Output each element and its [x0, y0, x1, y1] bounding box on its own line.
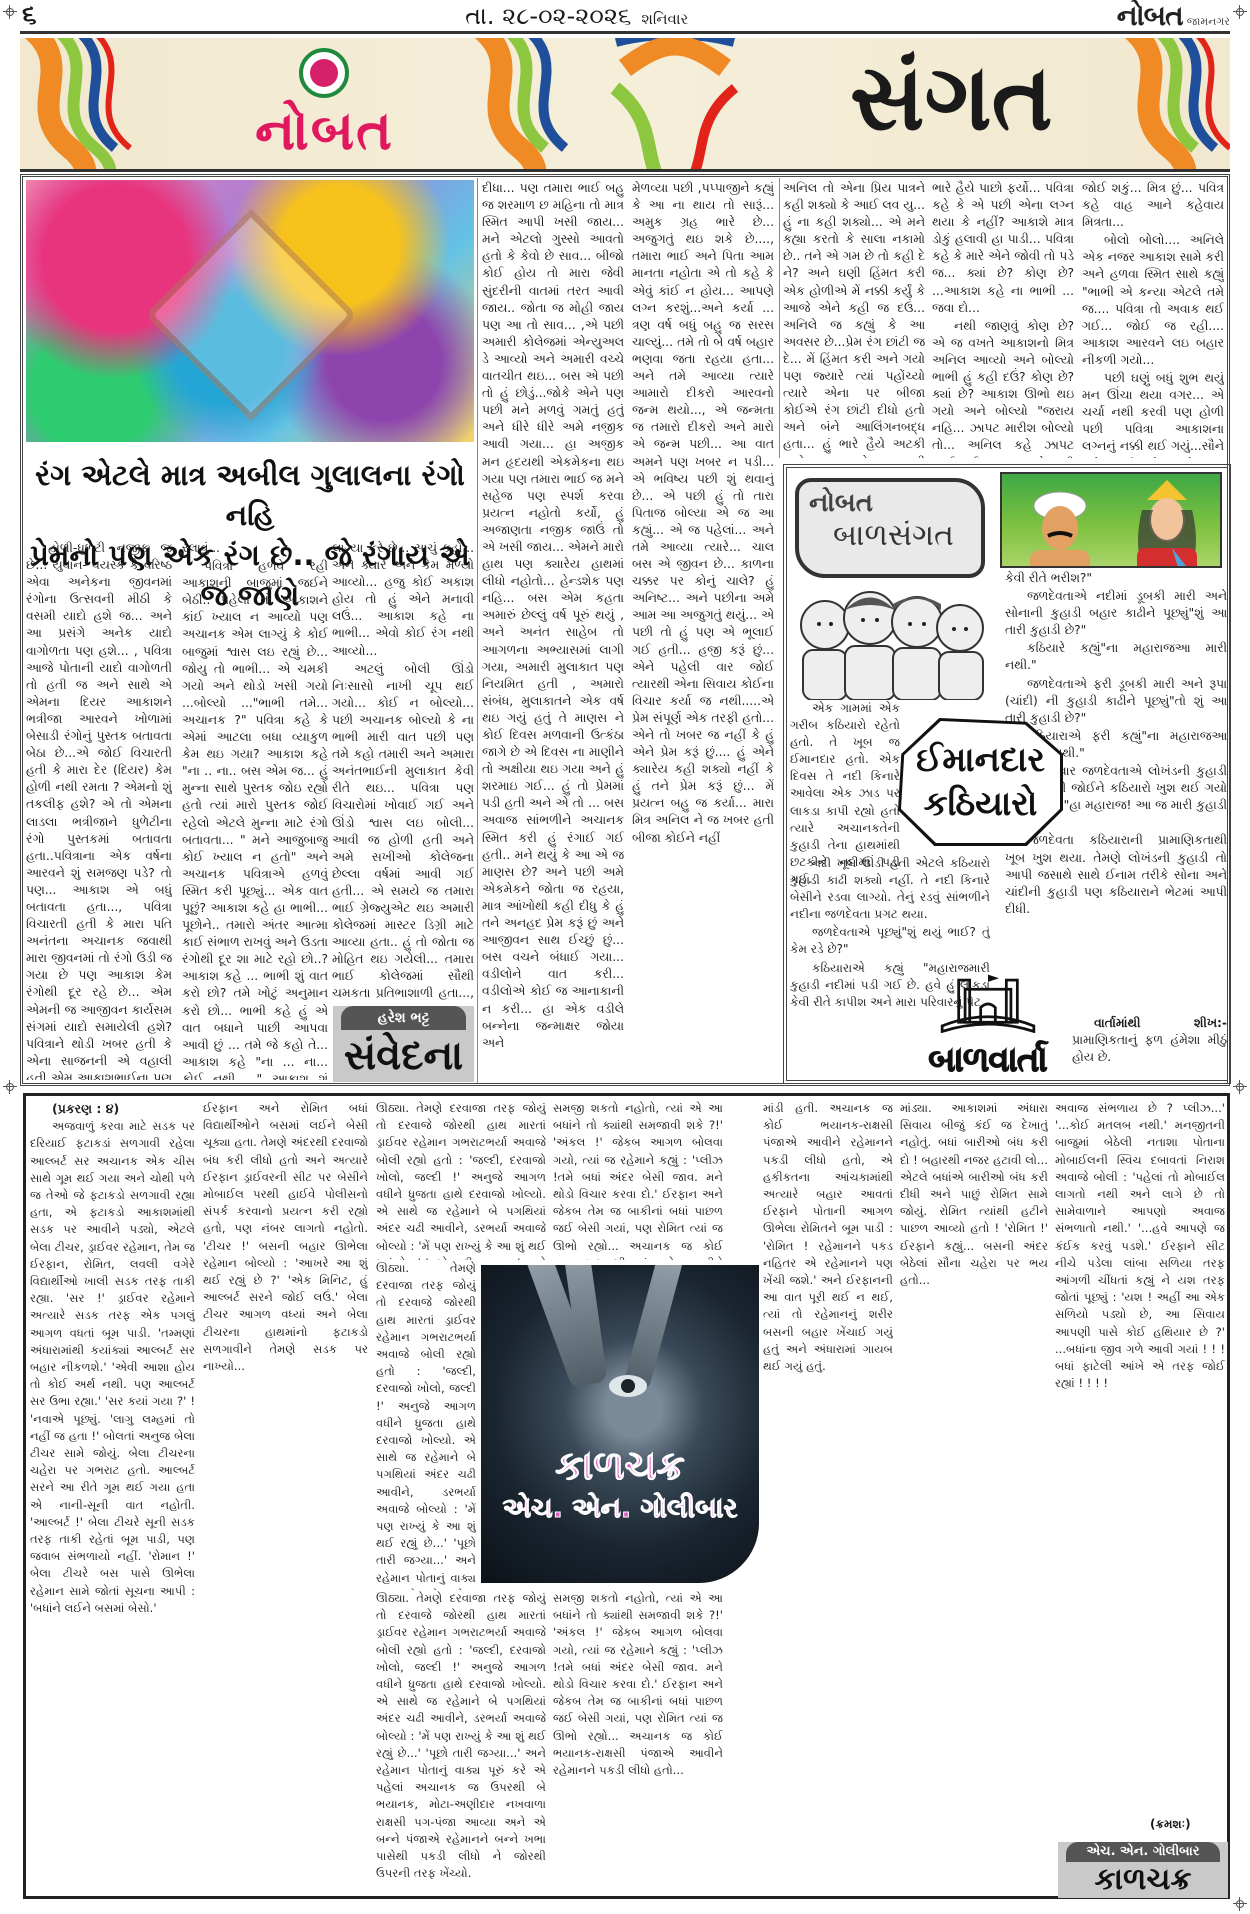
nobat-logo: નોબત [255, 48, 394, 158]
decorative-swirl-icon [1090, 38, 1230, 172]
paragraph: જળદેવતાએ પૂછ્યું"શું થયું ભાઈ? તું કેમ ર… [790, 924, 990, 958]
kalchakra-cover-image: કાળચક્ર એચ. એન. ગોલીબાર [481, 1265, 759, 1583]
balsangat-signboard: નોબત બાળસંગત [795, 478, 985, 578]
paragraph: અનિલ તો એના પ્રિય પાત્રને કહી શક્યો કે આ… [783, 180, 925, 458]
paragraph: મેળવ્યા પછી ,પપ્પાજીને કહ્યું કે આ ના થા… [632, 180, 774, 847]
feature-column-7: ભારે હૈયે પાછો ફર્યો... પવિત્રા કહે કે એ… [932, 180, 1074, 458]
column-name: સંવેદના [333, 1030, 474, 1082]
heart-hands-icon [145, 209, 357, 421]
brand-name: નોબત [1117, 0, 1183, 33]
feature-column-3: લાગ્યા કરે છે... સાચું કહો... એને ક્યારે… [332, 540, 474, 1002]
novel-column-7: અવાજ સંભળાય છે ? પ્લીઝ...' '...કોઈ મતલબ … [1055, 1100, 1225, 1815]
paragraph: અટલું બોલી ઊંડો નિઃસાસો નાખી ચૂપ થઈ ગયો.… [332, 661, 474, 1002]
paragraph: સમજી શકતો નહોતો, ત્યાં એ આ બધાંને તો ક્ય… [553, 1590, 723, 1779]
page-number: ૬ [20, 0, 37, 31]
paragraph: અજવાળું કરવા માટે સડક પર દરિયાઈ ફટાકડાં … [30, 1118, 195, 1617]
paragraph: જોઈ શકું... મિત્ર છું... પવિત્ર કહે વાહ … [1082, 180, 1224, 231]
column-divider [477, 178, 478, 1083]
moral-text: પ્રામાણિકતાનું ફળ હંમેશા મીઠું હોય છે. [1072, 1033, 1227, 1064]
paragraph: દીધા... પણ તમારા ભાઈ બહુ જ શરમાળ છ મહિના… [482, 180, 624, 1052]
paragraph: પવિત્રા હળવે રહી આકાશની બાજુમાં જઈને બેઠ… [182, 558, 328, 1080]
paragraph: ભારે હૈયે પાછો ફર્યો... પવિત્રા કહે કે એ… [932, 180, 1074, 317]
author-name: હરેશ ભટ્ટ [341, 1006, 466, 1030]
woodcutter-goddess-illustration [1000, 472, 1222, 568]
hand-shape [623, 1265, 687, 1393]
decorative-swirl-icon [20, 38, 160, 172]
moral-paragraph: વાર્તામાંથી શીખ:- પ્રામાણિકતાનું ફળ હંમે… [1072, 1015, 1227, 1066]
novel-column-1: (પ્રકરણ : ૪) અજવાળું કરવા માટે સડક પર દર… [30, 1100, 195, 1895]
page-header: ૬ તા. ૨૮-૦૨-૨૦૨૬ શનિવાર નોબત જામનગર [20, 0, 1230, 34]
paragraph: નથી જાણવું કોણ છે? એ જ વખતે આકાશનો મિત્ર… [932, 318, 1074, 458]
paragraph: કઠિયારે કહ્યું"ના મહારાજઆ મારી નથી." [1005, 640, 1227, 674]
paragraph: લાગ્યા કરે છે... સાચું કહો... એને ક્યારે… [332, 540, 474, 660]
date-line: તા. ૨૮-૦૨-૨૦૨૬ શનિવાર [465, 2, 688, 30]
paragraph: અવાજ સંભળાય છે ? પ્લીઝ...' '...કોઈ મતલબ … [1055, 1100, 1225, 1392]
section-title: સંગત [850, 52, 1053, 144]
paragraph: પછી ઘણું બધું શુભ થયું મન ઊંચા થયા વગર..… [1082, 370, 1224, 458]
paragraph: કેવી રીતે ભરીશ?" [1005, 570, 1227, 587]
cover-title: કાળચક્ર [481, 1443, 759, 1489]
samvedna-column-tag: હરેશ ભટ્ટ સંવેદના [333, 1006, 474, 1082]
registration-mark [1233, 1080, 1247, 1094]
sign-title: બાળસંગત [809, 518, 971, 554]
balvarta-label: બાળવાર્તા [905, 1040, 1070, 1080]
continued-label: (ક્રમશઃ) [1150, 1817, 1191, 1832]
chapter-label: (પ્રકરણ : ૪) [30, 1100, 195, 1117]
moral-block: વાર્તામાંથી શીખ:- પ્રામાણિકતાનું ફળ હંમે… [1072, 1015, 1227, 1075]
cover-author: એચ. એન. ગોલીબાર [481, 1493, 759, 1525]
paragraph: માંડ્યા. આકાશમાં અંધારા સિવાય બીજું કંઈ … [900, 1100, 1048, 1289]
paragraph: હોળી-ધુળેટી નજીક જ છે... યુવાન- વયસ્ક કે… [26, 540, 172, 1080]
novel-column-4-top: સમજી શકતો નહોતો, ત્યાં એ આ બધાંને તો ક્ય… [553, 1100, 723, 1260]
logo-text: નોબત [255, 104, 394, 158]
moral-label: વાર્તામાંથી શીખ:- [1094, 1016, 1227, 1030]
story-title-line-1: ઈમાનદાર [916, 738, 1045, 782]
paragraph: ઊઠ્યા. તેમણે દરવાજા તરફ જોયું તો દરવાજે … [376, 1590, 546, 1882]
paragraph: રેલાવું... [182, 540, 328, 557]
novel-column-3-top: ઊઠ્યા. તેમણે દરવાજા તરફ જોયું તો દરવાજે … [376, 1100, 546, 1260]
paragraph: ઊઠ્યા. તેમણે દરવાજા તરફ જોયું તો દરવાજે … [376, 1100, 546, 1260]
weekday: શનિવાર [641, 10, 688, 28]
feature-column-2: રેલાવું... પવિત્રા હળવે રહી આકાશની બાજુમ… [182, 540, 328, 1080]
end-author: એચ. એન. ગોલીબાર [1066, 1842, 1220, 1862]
brand-logo-small: નોબત જામનગર [1117, 0, 1230, 33]
kalchakra-end-tag: એચ. એન. ગોલીબાર કાળચક્ર [1058, 1842, 1228, 1898]
section-banner: નોબત સંગત [20, 38, 1230, 172]
water-goddess-icon [1122, 480, 1212, 568]
paragraph: ઊઠ્યા. તેમણે દરવાજા તરફ જોયું તો દરવાજે … [376, 1260, 476, 1590]
registration-mark [1233, 5, 1247, 19]
end-title: કાળચક્ર [1058, 1862, 1228, 1898]
story-title-line-2: કઠિયારો [924, 782, 1038, 826]
paragraph: જળદેવતા કઠિયારાની પ્રામાણિકતાથી ખૂબ ખુશ … [1005, 832, 1227, 917]
feature-column-6: અનિલ તો એના પ્રિય પાત્રને કહી શક્યો કે આ… [783, 180, 925, 458]
balvarta-logo: બાળવાર્તા [905, 970, 1070, 1080]
column-divider [779, 178, 780, 458]
novel-column-6: માંડ્યા. આકાશમાં અંધારા સિવાય બીજું કંઈ … [900, 1100, 1048, 1895]
paragraph: સમજી શકતો નહોતો, ત્યાં એ આ બધાંને તો ક્ય… [553, 1100, 723, 1260]
castle-book-icon [933, 970, 1043, 1036]
paragraph: બોલો બોલો.... અનિલે એક નજર આકાશ સામે કરી… [1082, 232, 1224, 369]
registration-mark [1233, 1897, 1247, 1911]
dancer-emblem-icon [299, 48, 349, 98]
children-cartoon-icon [795, 580, 990, 700]
novel-column-5: માંડી હતી. અચાનક જ કોઈ ભયાનક-રાક્ષસી પંજ… [763, 1100, 893, 1895]
woodcutter-icon [1020, 488, 1100, 568]
sign-brand: નોબત [809, 488, 971, 518]
registration-mark [3, 1080, 17, 1094]
feature-column-8: જોઈ શકું... મિત્ર છું... પવિત્ર કહે વાહ … [1082, 180, 1224, 458]
novel-column-3-bottom: ઊઠ્યા. તેમણે દરવાજા તરફ જોયું તો દરવાજે … [376, 1590, 546, 1895]
issue-date: તા. ૨૮-૦૨-૨૦૨૬ [465, 2, 631, 30]
novel-column-4-bottom: સમજી શકતો નહોતો, ત્યાં એ આ બધાંને તો ક્ય… [553, 1590, 723, 1895]
feature-column-4: દીધા... પણ તમારા ભાઈ બહુ જ શરમાળ છ મહિના… [482, 180, 624, 1080]
paragraph: ઈરફાન અને રોમિત બધાં વિદ્યાર્થીઓને બસમાં… [203, 1100, 368, 1375]
novel-column-3-wrap: ઊઠ્યા. તેમણે દરવાજા તરફ જોયું તો દરવાજે … [376, 1260, 476, 1590]
paragraph: જળદેવતાએ ફરી ડૂબકી મારી અને રૂપા (ચાંદી)… [1005, 676, 1227, 727]
paragraph: જળદેવતાએ નદીમાં ડૂબકી મારી અને સોનાની કુ… [1005, 588, 1227, 639]
brand-city: જામનગર [1187, 15, 1230, 29]
feature-column-5: મેળવ્યા પછી ,પપ્પાજીને કહ્યું કે આ ના થા… [632, 180, 774, 1080]
decorative-swirl-icon [460, 38, 600, 172]
novel-column-2: ઈરફાન અને રોમિત બધાં વિદ્યાર્થીઓને બસમાં… [203, 1100, 368, 1895]
story-title-badge: ઈમાનદાર કઠિયારો [901, 721, 1060, 843]
registration-mark [3, 5, 17, 19]
holi-photo [26, 180, 474, 442]
paragraph: માંડી હતી. અચાનક જ કોઈ ભયાનક-રાક્ષસી પંજ… [763, 1100, 893, 1375]
decorative-swirl-icon [595, 38, 755, 172]
paragraph: નદી ખૂબ ઊંડી હતી એટલે કઠિયારો કુહાડી કાઢ… [790, 855, 990, 923]
feature-column-1: હોળી-ધુળેટી નજીક જ છે... યુવાન- વયસ્ક કે… [26, 540, 172, 1080]
headline-line-1: રંગ એટલે માત્ર અબીલ ગુલાલના રંગો નહિ [26, 455, 474, 535]
eye-icon [609, 1375, 647, 1397]
